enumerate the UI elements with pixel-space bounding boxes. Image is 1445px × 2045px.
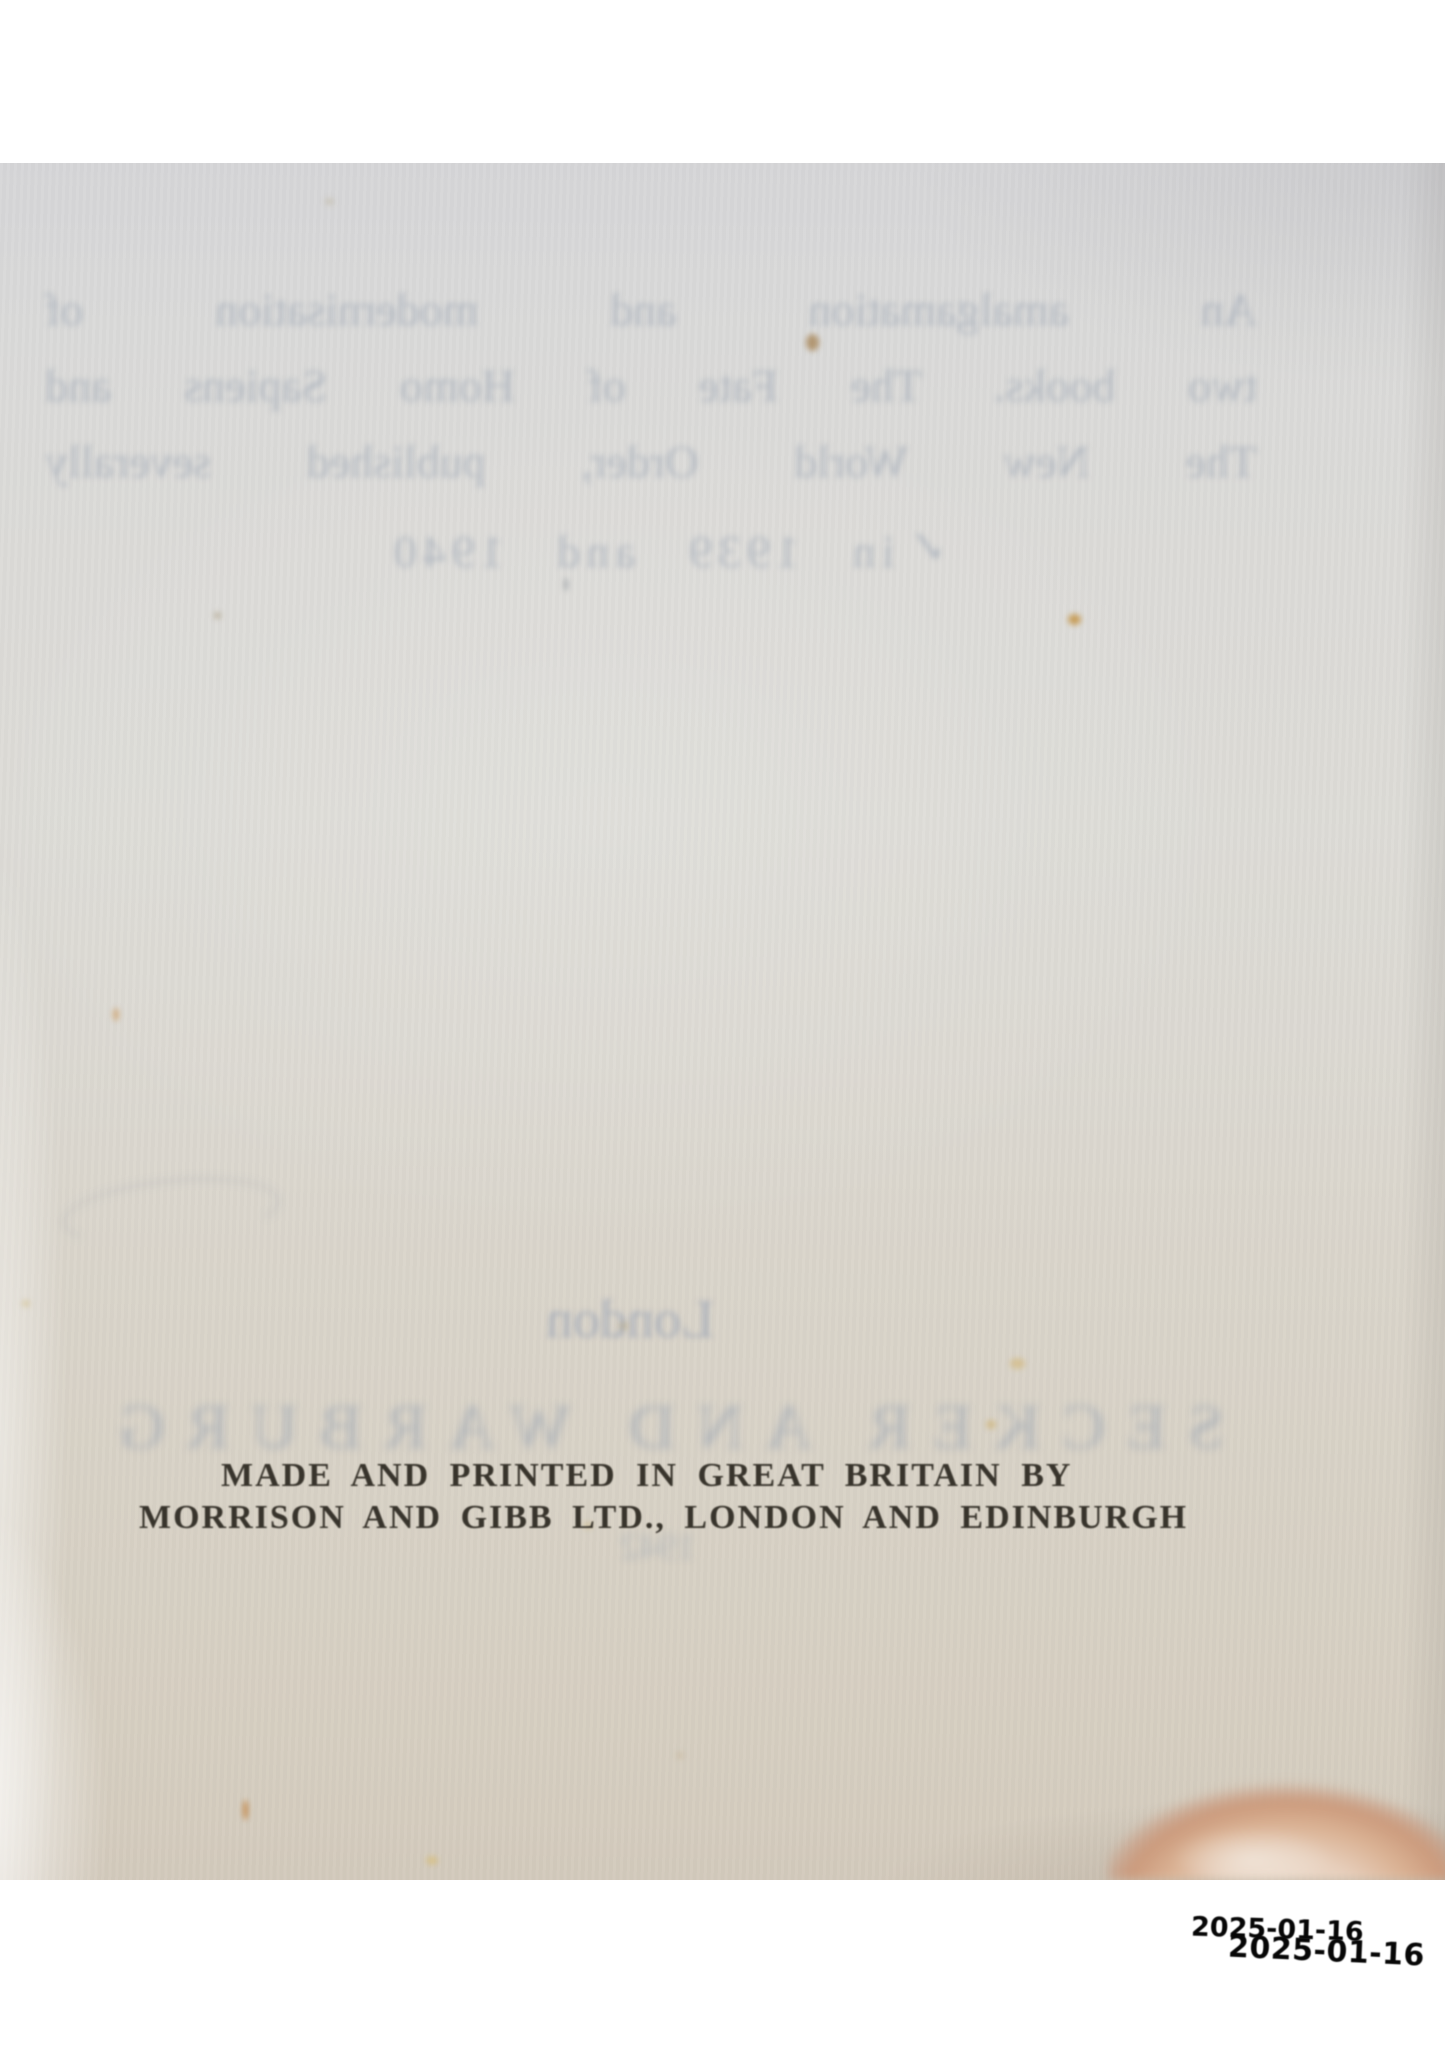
- fingertip: [1108, 1768, 1445, 1880]
- colophon-line-2: MORRISON AND GIBB LTD., LONDON AND EDINB…: [139, 1497, 1188, 1540]
- ghost-note-line: An amalgamation and modernisation of: [45, 272, 1257, 348]
- date-stamp-2: 2025-01-16: [1227, 1930, 1425, 1974]
- stain: [564, 578, 568, 591]
- stain: [113, 1008, 119, 1021]
- stain: [1010, 1358, 1025, 1369]
- ghost-city: London: [497, 1288, 763, 1350]
- stain: [426, 1856, 438, 1865]
- ghost-note-line: The New World Order, published severally: [45, 424, 1257, 500]
- smudge-mark: [57, 1167, 285, 1257]
- stain: [325, 198, 334, 205]
- stain: [243, 1800, 248, 1820]
- colophon-line-1: MADE AND PRINTED IN GREAT BRITAIN BY: [221, 1455, 1072, 1498]
- stain: [676, 1752, 684, 1759]
- stain: [806, 334, 819, 351]
- stain: [1068, 614, 1081, 625]
- ghost-note-year-text: in 1939 and 1940: [388, 526, 895, 577]
- ghost-note-line: two books. The Fate of Homo Sapiens and: [45, 348, 1257, 424]
- ghost-showthrough-note: An amalgamation and modernisation of two…: [45, 272, 1257, 590]
- screenshot-canvas: An amalgamation and modernisation of two…: [0, 0, 1445, 2045]
- ghost-publisher: SECKER AND WARBURG: [40, 1390, 1280, 1464]
- stain: [22, 1300, 30, 1307]
- ghost-note-line: ✓in 1939 and 1940: [45, 514, 1257, 590]
- check-mark-icon: ✓: [908, 510, 947, 586]
- book-page-photo: An amalgamation and modernisation of two…: [0, 163, 1445, 1880]
- stain: [214, 612, 221, 619]
